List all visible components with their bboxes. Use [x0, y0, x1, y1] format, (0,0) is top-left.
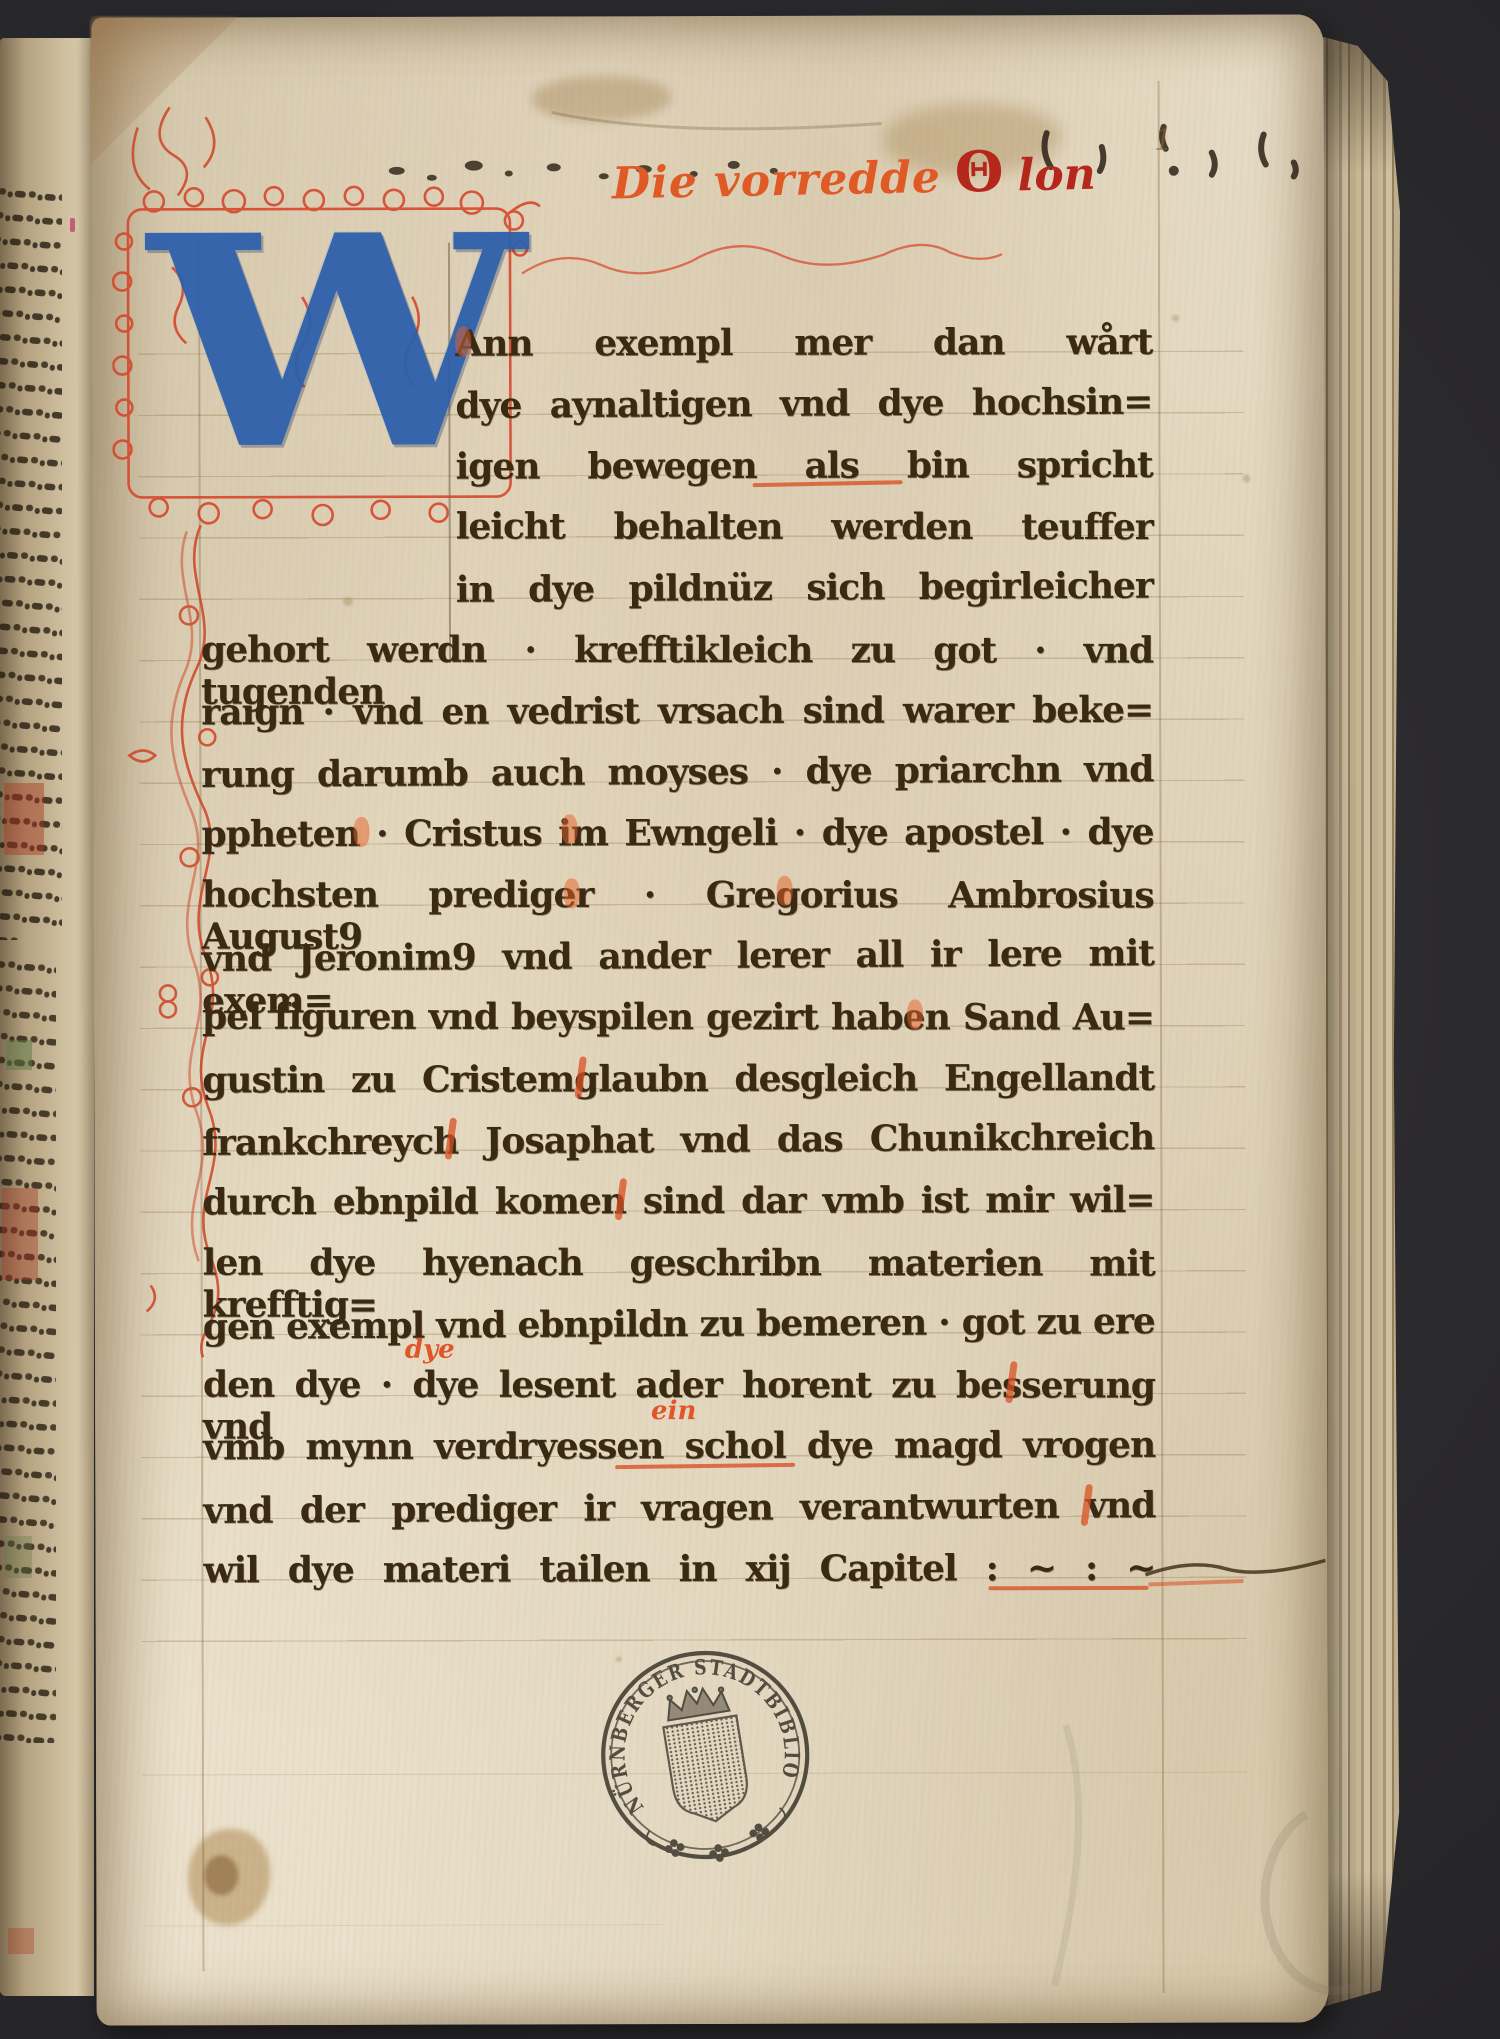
- text-line: rung darumb auch moyses · dye priarchn v…: [201, 748, 1153, 806]
- stamp-shield: [663, 1716, 752, 1827]
- text-line: leicht behalten werden teuffer: [456, 505, 1153, 558]
- red-touched-capital: [907, 999, 923, 1029]
- text-line: dye aynaltigen vnd dye hochsin=: [455, 381, 1152, 437]
- red-touched-capital: [455, 327, 471, 357]
- text-line: len dye hyenach geschribn materien mit k…: [203, 1242, 1155, 1295]
- red-touched-capital: [353, 817, 369, 847]
- text-line: frankchreych Josaphat vnd das Chunikchre…: [202, 1116, 1154, 1174]
- folio-number: 1: [1154, 123, 1173, 158]
- foxing-dot: [1172, 315, 1179, 322]
- text-line: pel figuren vnd beyspilen gezirt haben S…: [202, 996, 1154, 1049]
- library-stamp: NÜRNBERGER STADTBIBLIOTHEK: [571, 1608, 839, 1897]
- red-touched-capital: [777, 876, 793, 906]
- manuscript-page: 1 Die vorredde Θ lon: [91, 14, 1328, 2025]
- interlinear-correction: ein: [651, 1396, 696, 1426]
- text-line: wil dye materi tailen in xij Capitel : ~…: [203, 1547, 1155, 1601]
- text-line: vmb mynn verdryessen schol dye magd vrog…: [203, 1424, 1155, 1478]
- facing-page-edge: [0, 38, 94, 1996]
- text-line: hochsten prediger · Gregorius Ambrosius …: [202, 874, 1154, 927]
- facing-page-text-fragments: [0, 38, 94, 1996]
- text-line: gehort werdn · krefftikleich zu got · vn…: [201, 629, 1153, 682]
- text-line: raign · vnd en vedrist vrsach sind warer…: [201, 689, 1153, 743]
- text-line: ppheten · Cristus im Ewngeli · dye apost…: [201, 811, 1153, 865]
- lower-rule: [142, 1924, 662, 1927]
- text-line: gen exempl vnd ebnpildn zu bemeren · got…: [203, 1300, 1155, 1358]
- stain: [204, 1855, 238, 1895]
- foxing-dot: [1243, 475, 1251, 483]
- text-line: in dye pildnüz sich begirleicher: [456, 565, 1153, 621]
- red-touched-capital: [564, 878, 580, 908]
- text-line: Ann exempl mer dan wårt: [455, 321, 1152, 375]
- photo-backdrop: 1 Die vorredde Θ lon: [0, 0, 1500, 2039]
- text-line: igen bewegen als bin spricht: [455, 444, 1152, 498]
- text-line: vnd Jeronim9 vnd ander lerer all ir lere…: [202, 932, 1154, 990]
- red-touched-capital: [561, 814, 577, 844]
- text-line: vnd der prediger ir vragen verantwurten …: [203, 1484, 1155, 1542]
- pencil-marks: [976, 1694, 1437, 2039]
- red-underline: [988, 1586, 1148, 1590]
- library-stamp-graphic: NÜRNBERGER STADTBIBLIOTHEK: [571, 1608, 839, 1897]
- rubric-text: lon: [1017, 149, 1096, 202]
- text-line: gustin zu Cristemglaubn desgleich Engell…: [202, 1057, 1154, 1111]
- end-flourish: [1135, 1542, 1335, 1603]
- text-line: durch ebnpild komen sind dar vmb ist mir…: [202, 1179, 1154, 1233]
- interlinear-correction: dye: [405, 1335, 455, 1365]
- rubric-text: Die vorredde: [611, 152, 941, 210]
- stamp-crown: [664, 1683, 730, 1721]
- penwork-extension: [512, 230, 1112, 302]
- rubric-heading: Die vorredde Θ lon: [611, 137, 1096, 213]
- rubric-ornament: Θ: [954, 139, 1004, 206]
